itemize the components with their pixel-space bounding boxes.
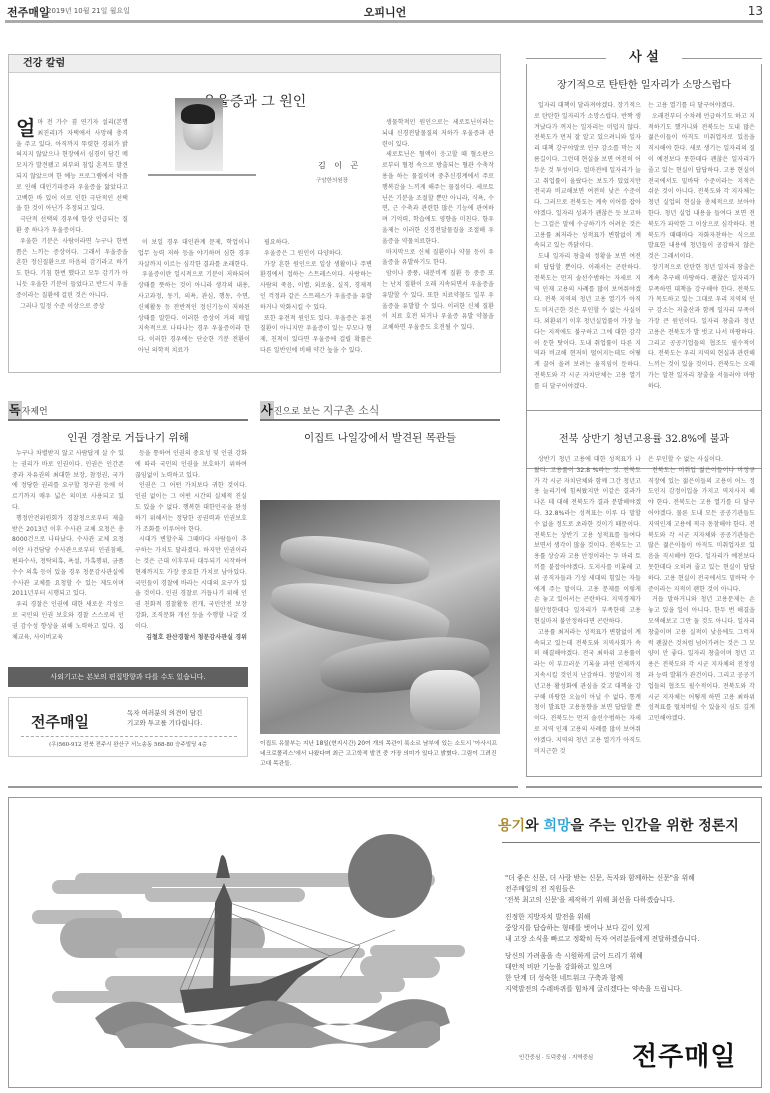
- world-news-label-big: 사: [260, 401, 274, 419]
- contact-logo: 전주매일: [31, 711, 89, 732]
- reader-letter-signature: 김철호 완산경찰서 청문감사관실 경위: [135, 633, 247, 644]
- notice-banner: 사외기고는 본보의 편집방향과 다를 수도 있습니다.: [8, 667, 248, 687]
- contact-box: 전주매일 독자 여러분의 의견이 담긴 기고와 투고를 기다립니다. (우)56…: [8, 697, 248, 757]
- coffin-shape: [410, 670, 480, 730]
- reader-letter-col2: 등을 통하여 인권의 중요성 및 인권 강화에 따라 국민의 인권을 보호하기 …: [135, 449, 247, 659]
- ad-paragraph-1: "더 좋은 신문, 더 사랑 받는 신문, 독자와 함께하는 신문"을 위해 전…: [505, 873, 700, 906]
- health-col1: 얼 마 전 가수 겸 연기자 설리(본명 최진리)가 자택에서 사망해 충격을 …: [16, 118, 128, 312]
- author-hair: [181, 104, 215, 124]
- contact-dashed-rule: [21, 736, 237, 737]
- editorial-2-col1: 상반기 청년 고용에 대한 성적표가 나왔다. 고용률이 32.8 %라는 것.…: [534, 455, 641, 773]
- masthead: 전주매일: [7, 4, 50, 20]
- pen-ship-illustration: [30, 818, 470, 1048]
- coffin-shape: [278, 530, 432, 590]
- world-news-header: 사진으로 보는 지구촌 소식: [260, 401, 500, 421]
- dropcap: 얼: [16, 118, 35, 138]
- reader-letter-label-rest: 자제언: [22, 407, 48, 417]
- ad-logo: 전주매일: [632, 1036, 736, 1073]
- editorial-1-col1: 일자리 대책이 달라져야겠다. 장기적으로 탄탄한 일자리가 소망스럽다. 반짝…: [534, 101, 641, 423]
- left-bottom-rule: [8, 786, 518, 788]
- author-name: 김 이 곤: [318, 160, 361, 171]
- world-news-label-small: 진으로 보는: [274, 407, 323, 417]
- editorial-divider: [526, 410, 762, 411]
- ad-body: "더 좋은 신문, 더 사랑 받는 신문, 독자와 함께하는 신문"을 위해 전…: [505, 873, 700, 1001]
- health-column-title: 우울증과 그 원인: [9, 91, 500, 111]
- contact-address: (우)560-912 전북 전주시 완산구 서노송동 568-80 승주빌딩 4…: [9, 740, 247, 748]
- ad-slogan: 인간중심 · 도덕중심 · 지역중심: [519, 1053, 593, 1061]
- editorial-title-1: 장기적으로 탄탄한 일자리가 소망스럽다: [527, 76, 761, 91]
- editorial-2-col2: 은 부인할 수 없는 사실이다. 전북도는 미취업 젊은이들이나 비정규 직장에…: [648, 455, 755, 773]
- health-column-label: 건강 칼럼: [9, 55, 500, 73]
- ad-paragraph-2: 진정한 지방자치 발전을 위해 중앙지를 답습하는 형태를 벗어나 보다 깊이 …: [505, 912, 700, 945]
- egypt-coffins-photo: [260, 500, 500, 734]
- ad-headline: 용기와 희망을 주는 인간을 위한 정론지: [498, 815, 739, 835]
- page-number: 13: [748, 4, 763, 18]
- contact-message: 독자 여러분의 의견이 담긴 기고와 투고를 기다립니다.: [127, 708, 202, 728]
- editorial-label-rule-right: [682, 58, 762, 59]
- ad-headline-rule: [502, 842, 760, 843]
- issue-date: 2019년 10월 21일 월요일: [47, 6, 130, 16]
- photo-rule: [148, 174, 256, 176]
- reader-letter-col1: 누구나 차별받지 않고 사람답게 살 수 있는 권리가 바로 인권이다. 인권은…: [12, 449, 124, 659]
- editorial-label: 사 설: [526, 46, 762, 65]
- reader-letter-header: 독자제언: [8, 401, 248, 421]
- ad-paragraph-3: 당신의 가려움을 속 시원하게 긁어 드리기 위해 대안적 비판 기능을 강화하…: [505, 951, 700, 995]
- editorial-label-bar: 사 설: [526, 46, 762, 66]
- health-col4: 생물학적인 원인으로는 세로토닌이라는 뇌내 신경전달물질의 저하가 우울증과 …: [382, 118, 494, 334]
- health-col2: 이 보일 경우 대인관계 문제, 학업이나 업무 능력 저하 등을 야기하며 심…: [138, 238, 250, 357]
- author-photo: [175, 98, 223, 171]
- editorial-bottom-rule: [526, 786, 762, 788]
- editorial-1-col2: 는 고용 열기를 더 달구어야겠다. 오래전부터 수차례 언급하기도 하고 지적…: [648, 101, 755, 423]
- section-title: 오피니언: [245, 4, 525, 20]
- reader-letter-label-big: 독: [8, 401, 22, 419]
- world-news-label-accent: 지구촌 소식: [323, 404, 380, 417]
- photo-caption: 이집트 유물부는 지난 18일(현지시간) 20여 개의 목관이 룩소르 남부에…: [260, 739, 500, 769]
- reader-letter-title: 인권 경찰로 거듭나기 위해: [8, 430, 248, 445]
- world-news-title: 이집트 나일강에서 발견된 목관들: [260, 430, 500, 445]
- author-title: 구암한의원장: [316, 176, 348, 184]
- health-col3: 필요하다. 우울증은 그 원인이 다양하다. 가장 흔한 원인으로 일상 생활이…: [260, 238, 372, 357]
- header-rule: [5, 20, 763, 23]
